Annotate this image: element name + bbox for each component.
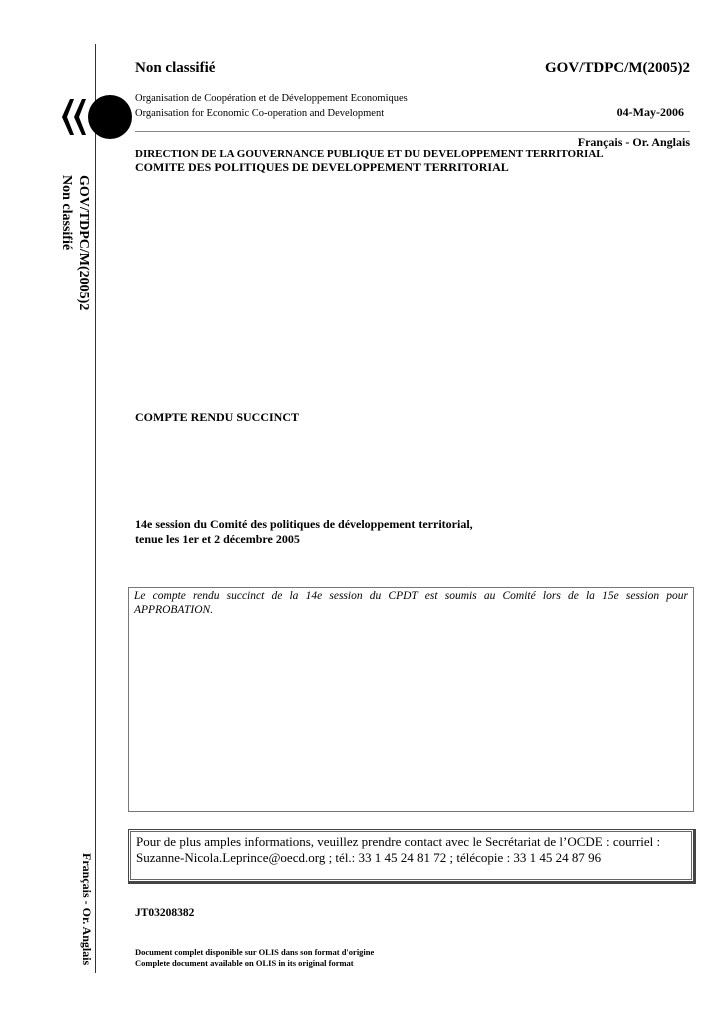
organisation-names: Organisation de Coopération et de Dévelo… — [135, 91, 408, 121]
oecd-logo-icon — [58, 93, 132, 141]
side-document-code: GOV/TDPC/M(2005)2 — [75, 175, 92, 310]
contact-line-2[interactable]: Suzanne-Nicola.Leprince@oecd.org ; tél.:… — [136, 850, 686, 866]
document-date: 04-May-2006 — [617, 105, 684, 120]
organisation-name-fr: Organisation de Coopération et de Dévelo… — [135, 91, 408, 106]
header-divider — [135, 131, 690, 132]
side-classification: Non classifié — [58, 175, 75, 310]
olis-notice-fr: Document complet disponible sur OLIS dan… — [135, 947, 374, 958]
document-reference: JT03208382 — [135, 907, 194, 919]
classification-label: Non classifié — [135, 60, 215, 77]
contact-info-content: Pour de plus amples informations, veuill… — [130, 831, 692, 880]
organisation-name-en: Organisation for Economic Co-operation a… — [135, 106, 408, 121]
document-type-title: COMPTE RENDU SUCCINCT — [135, 410, 299, 425]
approval-note-text: Le compte rendu succinct de la 14e sessi… — [134, 590, 688, 616]
contact-line-1: Pour de plus amples informations, veuill… — [136, 834, 686, 850]
side-vertical-header: GOV/TDPC/M(2005)2 Non classifié — [52, 175, 92, 325]
session-line-2: tenue les 1er et 2 décembre 2005 — [135, 532, 473, 547]
session-line-1: 14e session du Comité des politiques de … — [135, 517, 473, 532]
contact-info-box: Pour de plus amples informations, veuill… — [128, 829, 696, 884]
approval-note-box: Le compte rendu succinct de la 14e sessi… — [128, 587, 694, 812]
side-language: Français - Or. Anglais — [79, 853, 94, 965]
left-vertical-rule — [95, 44, 96, 973]
olis-notice-en: Complete document available on OLIS in i… — [135, 958, 374, 969]
session-description: 14e session du Comité des politiques de … — [135, 517, 473, 547]
committee-title: COMITE DES POLITIQUES DE DEVELOPPEMENT T… — [135, 160, 509, 174]
olis-notice: Document complet disponible sur OLIS dan… — [135, 947, 374, 969]
document-code: GOV/TDPC/M(2005)2 — [545, 60, 690, 77]
